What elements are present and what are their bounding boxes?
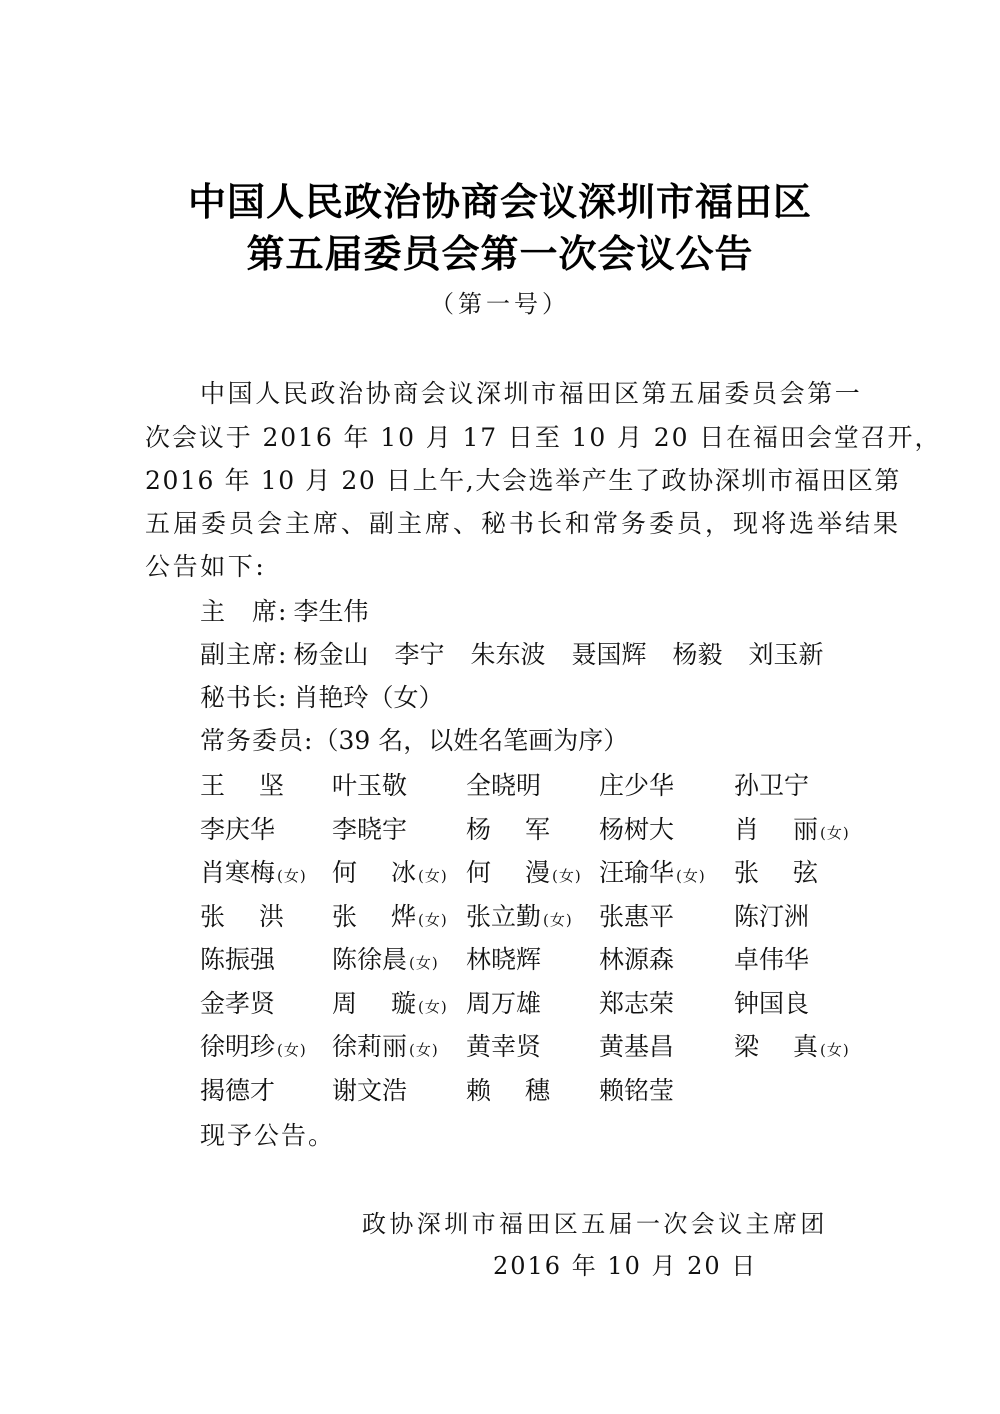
secretary-general-name: 肖艳玲（女） <box>293 680 443 716</box>
member-entry: 揭德才 <box>200 1073 275 1109</box>
female-marker: (女) <box>418 911 448 929</box>
signature-organization: 政协深圳市福田区五届一次会议主席团 <box>362 1206 828 1242</box>
member-entry: 汪瑜华(女) <box>599 855 706 894</box>
female-marker: (女) <box>409 954 439 972</box>
paragraph-line: 五届委员会主席、副主席、秘书长和常务委员，现将选举结果 <box>145 506 901 542</box>
member-name: 张立勤 <box>466 902 541 931</box>
member-entry: 肖丽(女) <box>734 812 850 851</box>
member-entry: 林源森 <box>599 942 674 978</box>
member-entry: 张洪 <box>200 899 284 935</box>
member-name: 叶玉敬 <box>332 771 407 800</box>
member-entry: 王坚 <box>200 768 284 804</box>
vice-chairman-name: 聂国辉 <box>571 637 646 673</box>
member-name: 杨军 <box>466 815 550 844</box>
member-entry: 赖铭莹 <box>599 1073 674 1109</box>
member-entry: 钟国良 <box>734 986 809 1022</box>
member-name: 张烨 <box>332 902 416 931</box>
member-name: 肖丽 <box>734 815 818 844</box>
document-title-line2: 第五届委员会第一次会议公告 <box>0 230 1000 278</box>
member-name: 黄幸贤 <box>466 1032 541 1061</box>
member-entry: 徐明珍(女) <box>200 1029 307 1068</box>
chairman-label: 主 席: <box>200 594 287 630</box>
standing-committee-note: （39 名，以姓名笔画为序） <box>313 726 628 755</box>
member-entry: 黄基昌 <box>599 1029 674 1065</box>
member-entry: 李庆华 <box>200 812 275 848</box>
member-entry: 赖穗 <box>466 1073 550 1109</box>
announcement-number: （第一号） <box>0 288 1000 320</box>
member-entry: 何漫(女) <box>466 855 582 894</box>
member-name: 陈徐晨 <box>332 945 407 974</box>
closing-statement: 现予公告。 <box>200 1118 335 1154</box>
member-name: 赖铭莹 <box>599 1076 674 1105</box>
member-entry: 卓伟华 <box>734 942 809 978</box>
member-row: 王坚叶玉敬全晓明庄少华孙卫宁 <box>200 768 880 804</box>
signature-date: 2016 年 10 月 20 日 <box>493 1248 757 1284</box>
member-name: 林源森 <box>599 945 674 974</box>
vice-chairman-name: 杨金山 <box>293 637 368 673</box>
female-marker: (女) <box>418 998 448 1016</box>
secretary-general-row: 秘书长:肖艳玲（女） <box>200 680 443 716</box>
member-entry: 陈振强 <box>200 942 275 978</box>
member-name: 张洪 <box>200 902 284 931</box>
member-name: 郑志荣 <box>599 989 674 1018</box>
member-entry: 张烨(女) <box>332 899 448 938</box>
member-row: 陈振强陈徐晨(女)林晓辉林源森卓伟华 <box>200 942 880 978</box>
member-entry: 郑志荣 <box>599 986 674 1022</box>
female-marker: (女) <box>277 867 307 885</box>
member-name: 孙卫宁 <box>734 771 809 800</box>
member-name: 何冰 <box>332 858 416 887</box>
member-entry: 张立勤(女) <box>466 899 573 938</box>
member-name: 钟国良 <box>734 989 809 1018</box>
member-row: 揭德才谢文浩赖穗赖铭莹 <box>200 1073 880 1109</box>
member-entry: 张弦 <box>734 855 818 891</box>
member-name: 谢文浩 <box>332 1076 407 1105</box>
member-entry: 徐莉丽(女) <box>332 1029 439 1068</box>
member-name: 杨树大 <box>599 815 674 844</box>
member-entry: 黄幸贤 <box>466 1029 541 1065</box>
female-marker: (女) <box>543 911 573 929</box>
member-entry: 周璇(女) <box>332 986 448 1025</box>
vice-chairman-name: 李宁 <box>394 637 444 673</box>
chairman-name: 李生伟 <box>293 594 368 630</box>
member-entry: 金孝贤 <box>200 986 275 1022</box>
member-entry: 张惠平 <box>599 899 674 935</box>
vice-chairman-name: 朱东波 <box>470 637 545 673</box>
female-marker: (女) <box>277 1041 307 1059</box>
member-entry: 杨军 <box>466 812 550 848</box>
member-name: 全晓明 <box>466 771 541 800</box>
member-name: 肖寒梅 <box>200 858 275 887</box>
female-marker: (女) <box>552 867 582 885</box>
member-name: 张弦 <box>734 858 818 887</box>
member-name: 林晓辉 <box>466 945 541 974</box>
member-row: 金孝贤周璇(女)周万雄郑志荣钟国良 <box>200 986 880 1022</box>
female-marker: (女) <box>409 1041 439 1059</box>
member-name: 卓伟华 <box>734 945 809 974</box>
member-entry: 全晓明 <box>466 768 541 804</box>
member-entry: 陈汀洲 <box>734 899 809 935</box>
member-entry: 梁真(女) <box>734 1029 850 1068</box>
member-name: 赖穗 <box>466 1076 550 1105</box>
member-name: 金孝贤 <box>200 989 275 1018</box>
vice-chairman-name: 刘玉新 <box>749 637 824 673</box>
member-name: 黄基昌 <box>599 1032 674 1061</box>
member-entry: 陈徐晨(女) <box>332 942 439 981</box>
member-name: 庄少华 <box>599 771 674 800</box>
paragraph-line: 次会议于 2016 年 10 月 17 日至 10 月 20 日在福田会堂召开， <box>145 420 941 456</box>
member-name: 汪瑜华 <box>599 858 674 887</box>
chairman-row: 主 席:李生伟 <box>200 594 368 630</box>
paragraph-line: 中国人民政治协商会议深圳市福田区第五届委员会第一 <box>200 376 862 412</box>
member-name: 梁真 <box>734 1032 818 1061</box>
member-entry: 叶玉敬 <box>332 768 407 804</box>
vice-chairmen-label: 副主席: <box>200 637 287 673</box>
member-name: 陈汀洲 <box>734 902 809 931</box>
member-entry: 孙卫宁 <box>734 768 809 804</box>
document-title-line1: 中国人民政治协商会议深圳市福田区 <box>0 178 1000 226</box>
paragraph-line: 2016 年 10 月 20 日上午,大会选举产生了政协深圳市福田区第 <box>145 463 901 499</box>
member-entry: 何冰(女) <box>332 855 448 894</box>
member-name: 周万雄 <box>466 989 541 1018</box>
member-entry: 肖寒梅(女) <box>200 855 307 894</box>
female-marker: (女) <box>418 867 448 885</box>
member-entry: 杨树大 <box>599 812 674 848</box>
member-name: 何漫 <box>466 858 550 887</box>
female-marker: (女) <box>820 1041 850 1059</box>
standing-committee-header: 常务委员:（39 名，以姓名笔画为序） <box>200 723 628 759</box>
member-name: 王坚 <box>200 771 284 800</box>
standing-committee-label: 常务委员: <box>200 723 313 759</box>
secretary-general-label: 秘书长: <box>200 680 287 716</box>
member-name: 李晓宇 <box>332 815 407 844</box>
member-row: 李庆华李晓宇杨军杨树大肖丽(女) <box>200 812 880 848</box>
member-name: 周璇 <box>332 989 416 1018</box>
female-marker: (女) <box>676 867 706 885</box>
member-row: 张洪张烨(女)张立勤(女)张惠平陈汀洲 <box>200 899 880 935</box>
member-entry: 庄少华 <box>599 768 674 804</box>
member-name: 徐明珍 <box>200 1032 275 1061</box>
vice-chairmen-row: 副主席:杨金山李宁朱东波聂国辉杨毅刘玉新 <box>200 637 824 673</box>
vice-chairmen-list: 杨金山李宁朱东波聂国辉杨毅刘玉新 <box>293 637 823 673</box>
member-name: 李庆华 <box>200 815 275 844</box>
member-row: 肖寒梅(女)何冰(女)何漫(女)汪瑜华(女)张弦 <box>200 855 880 891</box>
member-row: 徐明珍(女)徐莉丽(女)黄幸贤黄基昌梁真(女) <box>200 1029 880 1065</box>
paragraph-line: 公告如下: <box>145 549 266 585</box>
member-name: 陈振强 <box>200 945 275 974</box>
member-entry: 谢文浩 <box>332 1073 407 1109</box>
member-entry: 林晓辉 <box>466 942 541 978</box>
member-name: 揭德才 <box>200 1076 275 1105</box>
female-marker: (女) <box>820 824 850 842</box>
member-entry: 李晓宇 <box>332 812 407 848</box>
member-name: 徐莉丽 <box>332 1032 407 1061</box>
vice-chairman-name: 杨毅 <box>673 637 723 673</box>
member-entry: 周万雄 <box>466 986 541 1022</box>
member-name: 张惠平 <box>599 902 674 931</box>
